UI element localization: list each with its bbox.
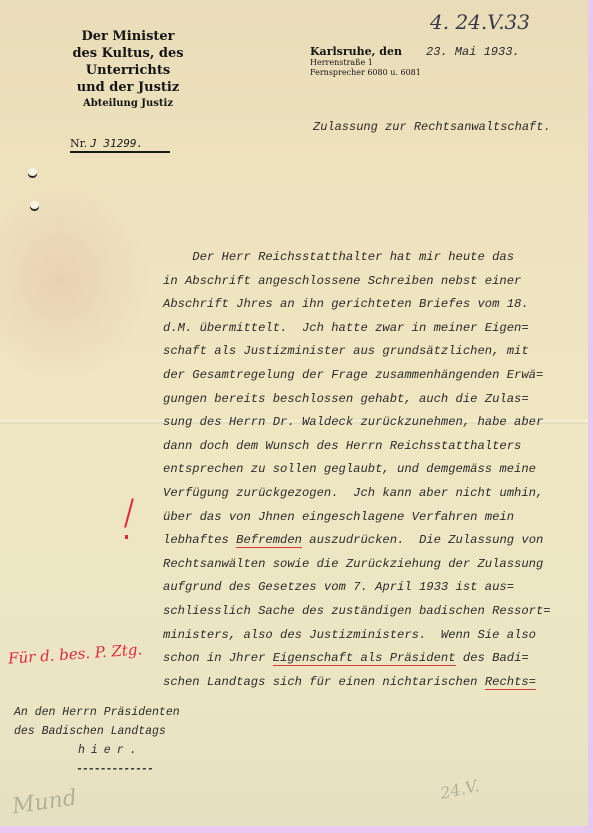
body-text-segment: ministers, also des Justizministers. Wen… [163, 628, 536, 642]
pencil-signature: Mund [11, 786, 79, 820]
letterhead: Der Minister des Kultus, des Unterrichts… [28, 28, 228, 111]
letter-page: Der Minister des Kultus, des Unterrichts… [0, 0, 588, 826]
letterhead-line: und der Justiz [28, 79, 228, 96]
red-underlined-text: Rechts= [485, 675, 536, 690]
city: Karlsruhe, den [310, 45, 421, 58]
letter-date: 23. Mai 1933. [426, 45, 520, 59]
body-text-segment: Abschrift Jhres an ihn gerichteten Brief… [163, 297, 529, 311]
body-text-segment: entsprechen zu sollen geglaubt, und demg… [163, 462, 536, 476]
body-text-segment: der Gesamtregelung der Frage zusammenhän… [163, 368, 543, 382]
body-line: Der Herr Reichsstatthalter hat mir heute… [163, 246, 583, 270]
body-text-segment: aufgrund des Gesetzes vom 7. April 1933 … [163, 580, 514, 594]
body-text-segment: lebhaftes [163, 533, 236, 547]
recipient-line: des Badischen Landtags [14, 722, 180, 741]
body-line: d.M. übermittelt. Jch hatte zwar in mein… [163, 317, 583, 341]
body-line: über das von Jhnen eingeschlagene Verfah… [163, 506, 583, 530]
body-text-segment: auszudrücken. Die Zulassung von [302, 533, 543, 547]
handwritten-date: 4. 24.V.33 [430, 10, 530, 34]
letter-body: Der Herr Reichsstatthalter hat mir heute… [163, 246, 583, 694]
recipient-location: hier. [78, 741, 180, 760]
body-line: gungen bereits beschlossen gehabt, auch … [163, 388, 583, 412]
body-line: Abschrift Jhres an ihn gerichteten Brief… [163, 293, 583, 317]
body-line: schliesslich Sache des zuständigen badis… [163, 600, 583, 624]
red-exclamation-mark [124, 498, 134, 527]
body-text-segment: d.M. übermittelt. Jch hatte zwar in mein… [163, 321, 529, 335]
body-line: dann doch dem Wunsch des Herrn Reichssta… [163, 435, 583, 459]
reference-label: Nr. [70, 137, 87, 150]
recipient-line: An den Herrn Präsidenten [14, 703, 180, 722]
sender-address: Karlsruhe, den Herrenstraße 1 Fernsprech… [310, 45, 421, 78]
body-text-segment: schaft als Justizminister aus grundsätzl… [163, 344, 529, 358]
body-text-segment: über das von Jhnen eingeschlagene Verfah… [163, 510, 514, 524]
body-text-segment: Verfügung zurückgezogen. Jch kann aber n… [163, 486, 543, 500]
body-line: Rechtsanwälten sowie die Zurückziehung d… [163, 553, 583, 577]
body-line: entsprechen zu sollen geglaubt, und demg… [163, 458, 583, 482]
street: Herrenstraße 1 [310, 58, 421, 68]
red-marginal-note: Für d. bes. P. Ztg. [8, 640, 143, 667]
body-text-segment: sung des Herrn Dr. Waldeck zurückzunehme… [163, 415, 543, 429]
punch-hole [30, 201, 39, 209]
reference-number: Nr.J 31299. [70, 137, 170, 153]
red-underlined-text: Befremden [236, 533, 302, 548]
body-line: in Abschrift angeschlossene Schreiben ne… [163, 270, 583, 294]
body-line: schen Landtags sich für einen nichtarisc… [163, 671, 583, 695]
body-text-segment: schon in Jhrer [163, 651, 273, 665]
body-text-segment: schen Landtags sich für einen nichtarisc… [163, 675, 485, 689]
recipient-block: An den Herrn Präsidenten des Badischen L… [14, 703, 180, 779]
body-line: ministers, also des Justizministers. Wen… [163, 624, 583, 648]
body-line: schaft als Justizminister aus grundsätzl… [163, 340, 583, 364]
body-text-segment: Rechtsanwälten sowie die Zurückziehung d… [163, 557, 543, 571]
red-exclamation-dot [125, 535, 128, 539]
body-text-segment: Der Herr Reichsstatthalter hat mir heute… [163, 250, 514, 264]
punch-hole [28, 168, 37, 176]
body-text-segment: gungen bereits beschlossen gehabt, auch … [163, 392, 529, 406]
department: Abteilung Justiz [28, 97, 228, 111]
body-text-segment: schliesslich Sache des zuständigen badis… [163, 604, 551, 618]
body-line: der Gesamtregelung der Frage zusammenhän… [163, 364, 583, 388]
subject-line: Zulassung zur Rechtsanwaltschaft. [313, 120, 551, 134]
body-text-segment: dann doch dem Wunsch des Herrn Reichssta… [163, 439, 521, 453]
phone: Fernsprecher 6080 u. 6081 [310, 68, 421, 78]
body-line: lebhaftes Befremden auszudrücken. Die Zu… [163, 529, 583, 553]
body-line: schon in Jhrer Eigenschaft als Präsident… [163, 647, 583, 671]
pencil-note: 24.V. [438, 776, 480, 803]
recipient-underline: ------------- [76, 760, 180, 779]
body-line: sung des Herrn Dr. Waldeck zurückzunehme… [163, 411, 583, 435]
letterhead-line: des Kultus, des Unterrichts [28, 45, 228, 79]
body-line: aufgrund des Gesetzes vom 7. April 1933 … [163, 576, 583, 600]
red-underlined-text: Eigenschaft als Präsident [273, 651, 456, 666]
body-text-segment: des Badi= [456, 651, 529, 665]
body-line: Verfügung zurückgezogen. Jch kann aber n… [163, 482, 583, 506]
reference-value: J 31299. [90, 137, 143, 150]
letterhead-line: Der Minister [28, 28, 228, 45]
body-text-segment: in Abschrift angeschlossene Schreiben ne… [163, 274, 521, 288]
